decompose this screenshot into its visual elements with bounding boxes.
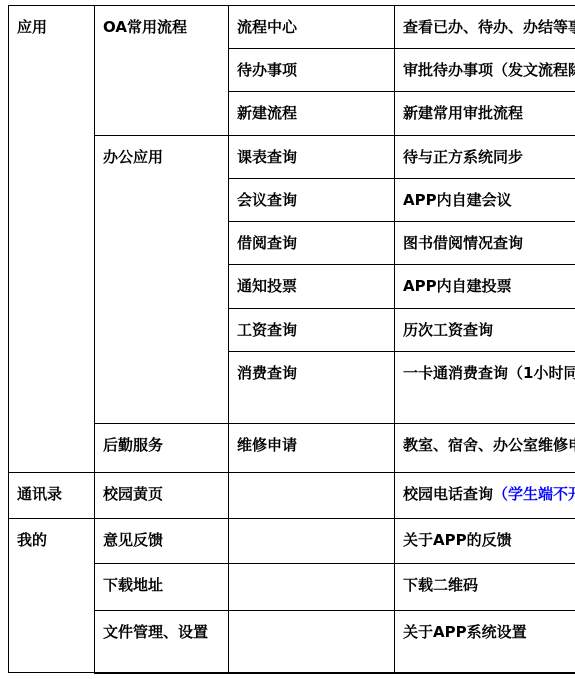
item-cell: 会议查询 — [229, 179, 395, 222]
item-cell: 新建流程 — [229, 92, 395, 136]
item-cell: 课表查询 — [229, 136, 395, 179]
empty-item-cell — [229, 611, 395, 673]
desc-cell: 校园电话查询（学生端不开通） — [395, 473, 575, 519]
item-cell: 维修申请 — [229, 424, 395, 473]
empty-item-cell — [229, 519, 395, 564]
item-cell: 工资查询 — [229, 309, 395, 352]
desc-cell: 新建常用审批流程 — [395, 92, 575, 136]
desc-cell: 教室、宿舍、办公室维修申请 — [395, 424, 575, 473]
desc-cell: 待与正方系统同步 — [395, 136, 575, 179]
group-cell: 后勤服务 — [95, 424, 229, 473]
desc-cell: 历次工资查询 — [395, 309, 575, 352]
page: 应用 OA常用流程 流程中心 查看已办、待办、办结等事项 待办事项 审批待办事项… — [0, 0, 575, 679]
app-feature-table: 应用 OA常用流程 流程中心 查看已办、待办、办结等事项 待办事项 审批待办事项… — [8, 5, 575, 674]
item-cell: 借阅查询 — [229, 222, 395, 265]
desc-cell: 图书借阅情况查询 — [395, 222, 575, 265]
category-cell: 应用 — [9, 6, 95, 473]
item-cell: 通知投票 — [229, 265, 395, 309]
table-row: 应用 OA常用流程 流程中心 查看已办、待办、办结等事项 — [9, 6, 575, 49]
group-cell: 下载地址 — [95, 564, 229, 611]
group-cell: OA常用流程 — [95, 6, 229, 136]
group-cell: 意见反馈 — [95, 519, 229, 564]
group-cell: 文件管理、设置 — [95, 611, 229, 673]
item-cell: 待办事项 — [229, 49, 395, 92]
table-row: 我的 意见反馈 关于APP的反馈 — [9, 519, 575, 564]
category-cell: 通讯录 — [9, 473, 95, 519]
desc-text: 校园电话查询 — [403, 485, 493, 503]
group-cell: 校园黄页 — [95, 473, 229, 519]
desc-cell: APP内自建会议 — [395, 179, 575, 222]
student-note-text: （学生端不开通） — [493, 485, 575, 503]
table-row: 通讯录 校园黄页 校园电话查询（学生端不开通） — [9, 473, 575, 519]
desc-cell: 审批待办事项（发文流程除外） — [395, 49, 575, 92]
desc-cell: 查看已办、待办、办结等事项 — [395, 6, 575, 49]
empty-item-cell — [229, 564, 395, 611]
category-cell: 我的 — [9, 519, 95, 673]
desc-cell: 下载二维码 — [395, 564, 575, 611]
desc-cell: 一卡通消费查询（1小时同步1次） — [395, 352, 575, 424]
desc-cell: 关于APP系统设置 — [395, 611, 575, 673]
desc-cell: 关于APP的反馈 — [395, 519, 575, 564]
group-cell: 办公应用 — [95, 136, 229, 424]
empty-item-cell — [229, 473, 395, 519]
desc-cell: APP内自建投票 — [395, 265, 575, 309]
item-cell: 消费查询 — [229, 352, 395, 424]
item-cell: 流程中心 — [229, 6, 395, 49]
